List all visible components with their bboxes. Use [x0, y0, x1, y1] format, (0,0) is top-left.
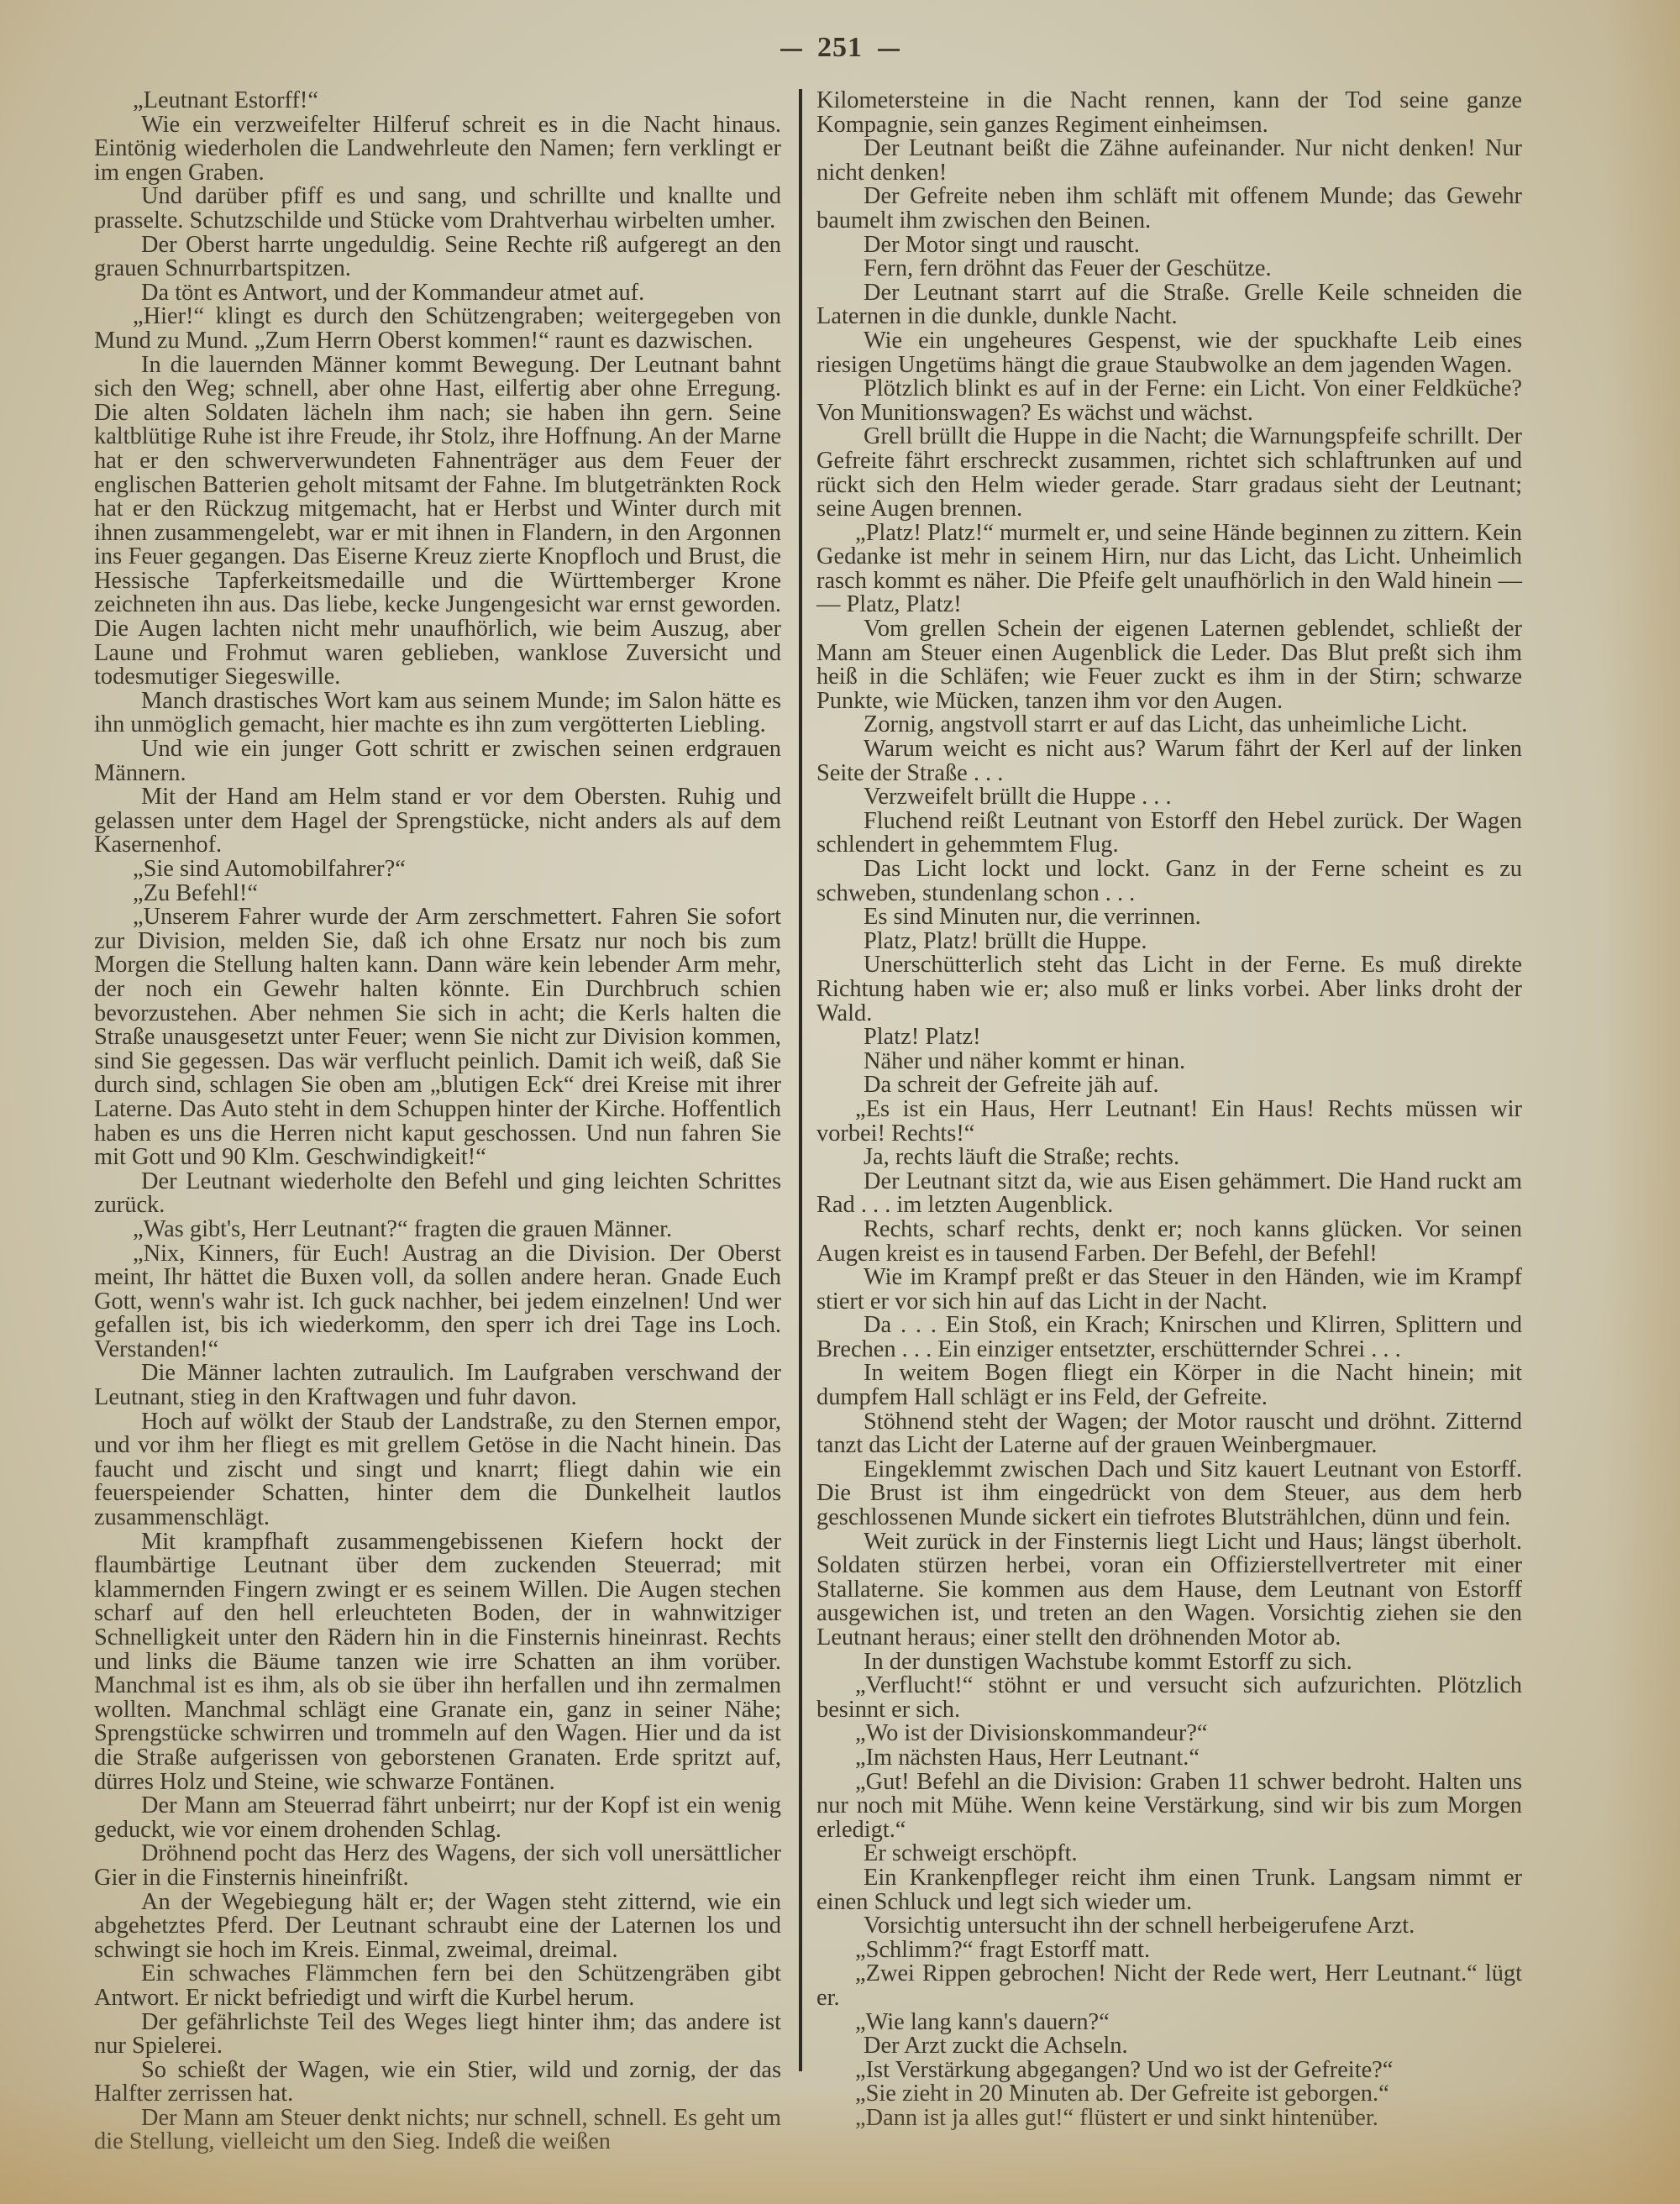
paragraph: Mit der Hand am Helm stand er vor dem Ob… [94, 785, 781, 858]
paragraph: Der Leutnant beißt die Zähne aufeinander… [816, 137, 1522, 185]
paragraph: „Unserem Fahrer wurde der Arm zerschmett… [94, 905, 781, 1170]
paragraph: Der Oberst harrte ungeduldig. Seine Rech… [94, 234, 781, 281]
header-dash-right [878, 49, 900, 51]
paragraph: Näher und näher kommt er hinan. [816, 1050, 1522, 1074]
paragraph: Der Gefreite neben ihm schläft mit offen… [816, 185, 1522, 233]
paragraph: Zornig, angstvoll starrt er auf das Lich… [816, 713, 1522, 737]
paragraph: Hoch auf wölkt der Staub der Landstraße,… [94, 1410, 781, 1530]
paragraph: Vorsichtig untersucht ihn der schnell he… [816, 1914, 1522, 1939]
right-column: Kilometersteine in die Nacht rennen, kan… [806, 89, 1522, 2130]
paragraph: Das Licht lockt und lockt. Ganz in der F… [816, 858, 1522, 905]
paragraph: Wie ein verzweifelter Hilferuf schreit e… [94, 113, 781, 186]
paragraph: „Sie zieht in 20 Minuten ab. Der Gefreit… [816, 2082, 1522, 2107]
paragraph: „Im nächsten Haus, Herr Leutnant.“ [816, 1746, 1522, 1771]
paragraph: Der Leutnant sitzt da, wie aus Eisen geh… [816, 1170, 1522, 1218]
paragraph: Unerschütterlich steht das Licht in der … [816, 953, 1522, 1026]
paragraph: Dröhnend pocht das Herz des Wagens, der … [94, 1842, 781, 1890]
paragraph: „Ist Verstärkung abgegangen? Und wo ist … [816, 2059, 1522, 2083]
paragraph: So schießt der Wagen, wie ein Stier, wil… [94, 2059, 781, 2107]
paragraph: „Zwei Rippen gebrochen! Nicht der Rede w… [816, 1962, 1522, 2010]
paragraph: Der Mann am Steuerrad fährt unbeirrt; nu… [94, 1794, 781, 1842]
paragraph: Fluchend reißt Leutnant von Estorff den … [816, 810, 1522, 858]
paragraph: Der Motor singt und rauscht. [816, 234, 1522, 258]
paragraph: Vom grellen Schein der eigenen Laternen … [816, 617, 1522, 713]
paragraph: „Verflucht!“ stöhnt er und versucht sich… [816, 1674, 1522, 1722]
paragraph: „Gut! Befehl an die Division: Graben 11 … [816, 1771, 1522, 1843]
paragraph: „Hier!“ klingt es durch den Schützengrab… [94, 305, 781, 353]
paragraph: In weitem Bogen fliegt ein Körper in die… [816, 1362, 1522, 1409]
paragraph: Platz, Platz! brüllt die Huppe. [816, 930, 1522, 954]
paragraph: Stöhnend steht der Wagen; der Motor raus… [816, 1410, 1522, 1458]
paragraph: „Schlimm?“ fragt Estorff matt. [816, 1939, 1522, 1963]
paragraph: „Wie lang kann's dauern?“ [816, 2011, 1522, 2035]
paragraph: Ein schwaches Flämmchen fern bei den Sch… [94, 1962, 781, 2010]
header-dash-left [780, 49, 802, 51]
paragraph: Es sind Minuten nur, die verrinnen. [816, 905, 1522, 930]
paragraph: Und wie ein junger Gott schritt er zwisc… [94, 737, 781, 785]
column-divider [799, 89, 802, 2071]
paragraph: Grell brüllt die Huppe in die Nacht; die… [816, 425, 1522, 521]
paragraph: „Zu Befehl!“ [94, 882, 781, 906]
paragraph: Fern, fern dröhnt das Feuer der Geschütz… [816, 257, 1522, 281]
paragraph: Eingeklemmt zwischen Dach und Sitz kauer… [816, 1458, 1522, 1530]
paragraph: Wie ein ungeheures Gespenst, wie der spu… [816, 329, 1522, 377]
left-column: „Leutnant Estorff!“ Wie ein verzweifelte… [94, 89, 781, 2154]
paragraph: „Sie sind Automobilfahrer?“ [94, 858, 781, 882]
paragraph: „Leutnant Estorff!“ [94, 89, 781, 113]
paragraph: Wie im Krampf preßt er das Steuer in den… [816, 1266, 1522, 1314]
paragraph: Der gefährlichste Teil des Weges liegt h… [94, 2011, 781, 2059]
paragraph: Warum weicht es nicht aus? Warum fährt d… [816, 737, 1522, 785]
paragraph: „Dann ist ja alles gut!“ flüstert er und… [816, 2107, 1522, 2131]
paragraph: „Nix, Kinners, für Euch! Austrag an die … [94, 1242, 781, 1362]
paragraph: Ja, rechts läuft die Straße; rechts. [816, 1146, 1522, 1170]
paragraph: An der Wegebiegung hält er; der Wagen st… [94, 1891, 781, 1963]
paragraph: In die lauernden Männer kommt Bewegung. … [94, 354, 781, 690]
paragraph: Mit krampfhaft zusammengebissenen Kiefer… [94, 1530, 781, 1795]
paragraph: Rechts, scharf rechts, denkt er; noch ka… [816, 1218, 1522, 1266]
paragraph: Manch drastisches Wort kam aus seinem Mu… [94, 690, 781, 737]
paragraph: Der Arzt zuckt die Achseln. [816, 2034, 1522, 2059]
paragraph: „Es ist ein Haus, Herr Leutnant! Ein Hau… [816, 1098, 1522, 1146]
paragraph: „Was gibt's, Herr Leutnant?“ fragten die… [94, 1218, 781, 1242]
paragraph: Platz! Platz! [816, 1026, 1522, 1050]
page-number: 251 [817, 32, 863, 63]
paragraph: „Wo ist der Divisionskommandeur?“ [816, 1722, 1522, 1746]
paragraph: „Platz! Platz!“ murmelt er, und seine Hä… [816, 522, 1522, 617]
paragraph: Der Mann am Steuer denkt nichts; nur sch… [94, 2107, 781, 2154]
paper-edge-shading [1604, 0, 1680, 2204]
paragraph: Da . . . Ein Stoß, ein Krach; Knirschen … [816, 1314, 1522, 1362]
paragraph: Verzweifelt brüllt die Huppe . . . [816, 785, 1522, 810]
paragraph: Er schweigt erschöpft. [816, 1842, 1522, 1866]
paragraph: Der Leutnant wiederholte den Befehl und … [94, 1170, 781, 1218]
paragraph: Die Männer lachten zutraulich. Im Laufgr… [94, 1362, 781, 1409]
page-header: 251 [0, 32, 1680, 64]
paragraph-continued: Kilometersteine in die Nacht rennen, kan… [816, 89, 1522, 137]
paragraph: In der dunstigen Wachstube kommt Estorff… [816, 1650, 1522, 1675]
paragraph: Ein Krankenpfleger reicht ihm einen Trun… [816, 1866, 1522, 1914]
paragraph: Da tönt es Antwort, und der Kommandeur a… [94, 281, 781, 306]
paragraph: Plötzlich blinkt es auf in der Ferne: ei… [816, 377, 1522, 425]
paragraph: Da schreit der Gefreite jäh auf. [816, 1073, 1522, 1098]
paragraph: Und darüber pfiff es und sang, und schri… [94, 185, 781, 233]
paragraph: Der Leutnant starrt auf die Straße. Grel… [816, 281, 1522, 329]
paragraph: Weit zurück in der Finsternis liegt Lich… [816, 1530, 1522, 1650]
